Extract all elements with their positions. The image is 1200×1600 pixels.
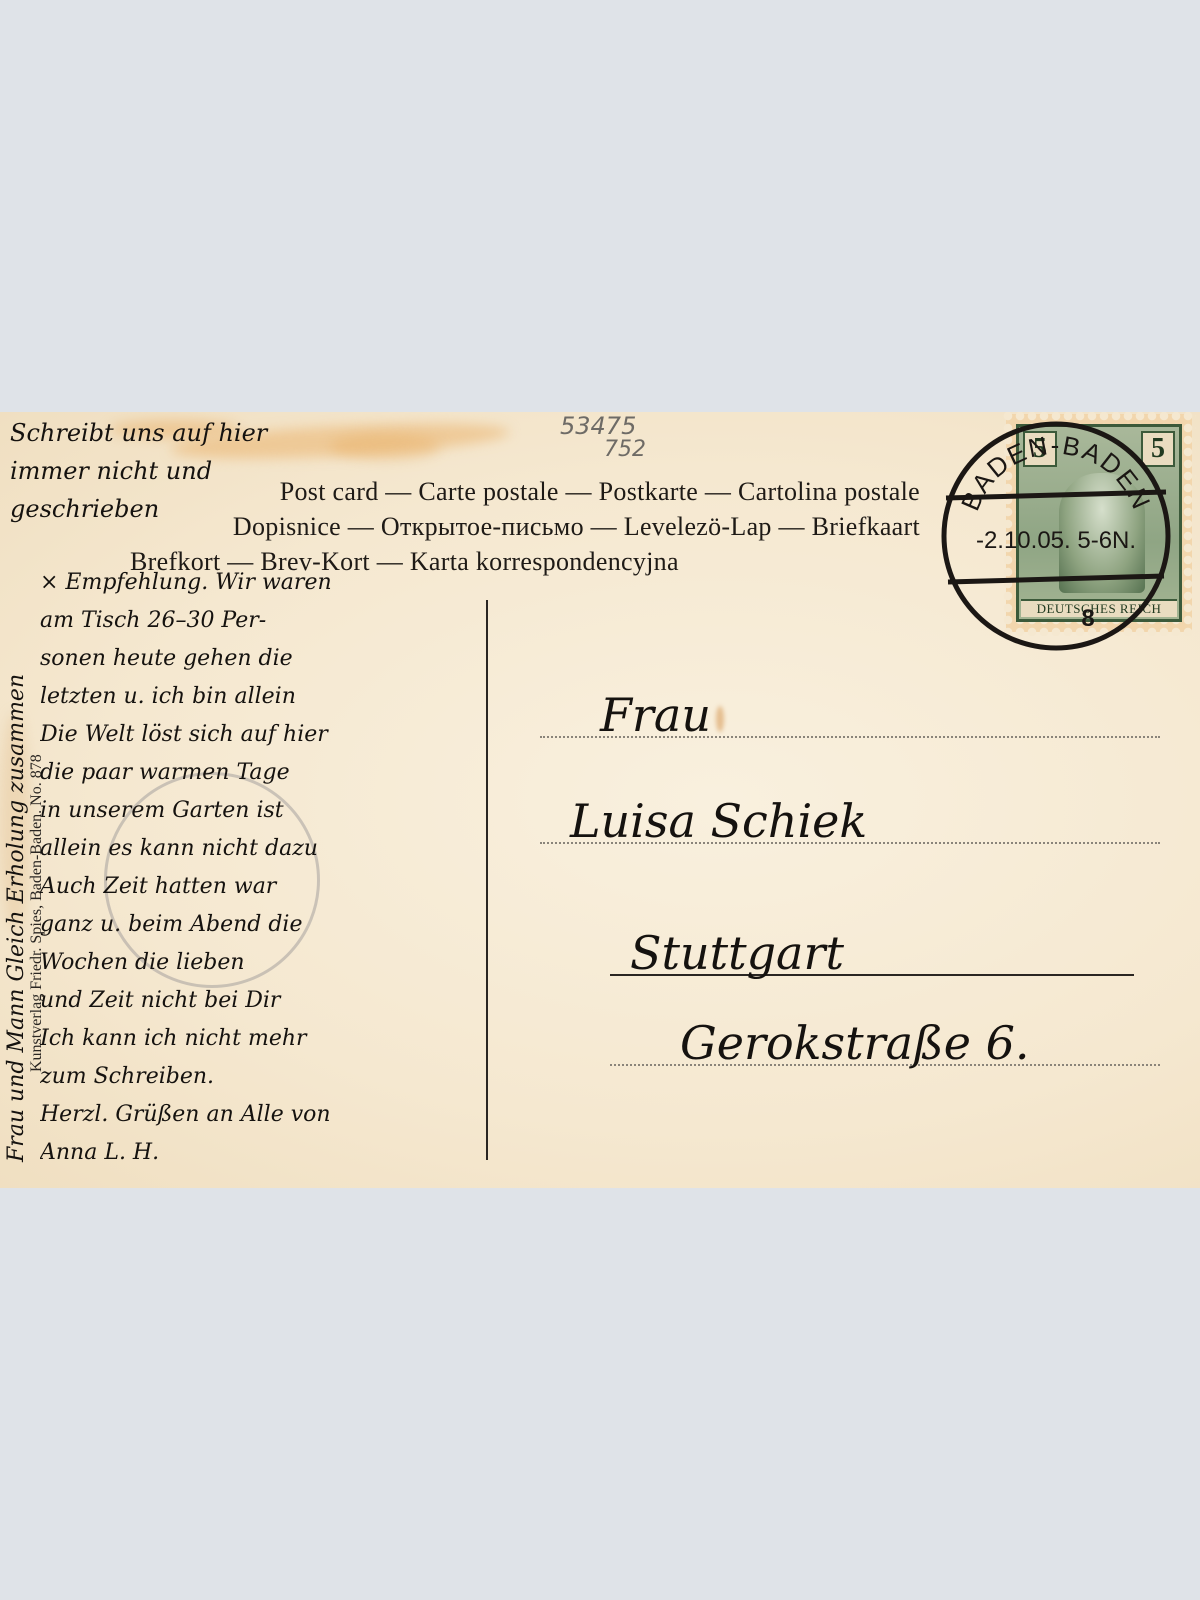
archive-number-secondary: 752 xyxy=(560,438,646,462)
svg-text:BADEN-BADEN: BADEN-BADEN xyxy=(955,430,1157,515)
message-line: Auch Zeit hatten war xyxy=(40,868,490,906)
message-line: ganz u. beim Abend die xyxy=(40,906,490,944)
message-line: Anna L. H. xyxy=(40,1134,490,1172)
archive-number: 53475 752 xyxy=(560,414,646,462)
message-line: Die Welt löst sich auf hier xyxy=(40,716,490,754)
salutation-text: Frau xyxy=(600,688,711,742)
message-line: letzten u. ich bin allein xyxy=(40,678,490,716)
message-line: zum Schreiben. xyxy=(40,1058,490,1096)
message-line: und Zeit nicht bei Dir xyxy=(40,982,490,1020)
message-line: sonen heute gehen die xyxy=(40,640,490,678)
postcard: 53475 752 Post card — Carte postale — Po… xyxy=(0,412,1200,1188)
recipient-address: Frau Luisa Schiek Stuttgart Gerokstraße … xyxy=(530,662,1170,1088)
message-line: in unserem Garten ist xyxy=(40,792,490,830)
address-name: Luisa Schiek xyxy=(530,760,1170,866)
svg-text:8: 8 xyxy=(1081,605,1094,632)
message-line: Schreibt uns auf hier xyxy=(10,414,430,452)
address-salutation: Frau xyxy=(530,662,1170,760)
message-line: geschrieben xyxy=(10,490,430,528)
message-body: × Empfehlung. Wir waren am Tisch 26–30 P… xyxy=(40,564,490,1172)
message-line: immer nicht und xyxy=(10,452,430,490)
message-line: Ich kann ich nicht mehr xyxy=(40,1020,490,1058)
message-line: allein es kann nicht dazu xyxy=(40,830,490,868)
street-text: Gerokstraße 6. xyxy=(680,1016,1030,1070)
city-text: Stuttgart xyxy=(630,926,844,980)
margin-note: Frau und Mann Gleich Erholung zusammen xyxy=(4,602,29,1162)
postmark-circle-icon: BADEN-BADEN -2.10.05. 5-6N. 8 xyxy=(938,418,1174,654)
postmark: BADEN-BADEN -2.10.05. 5-6N. 8 xyxy=(938,418,1174,654)
address-city: Stuttgart xyxy=(530,866,1170,998)
message-top: Schreibt uns auf hier immer nicht und ge… xyxy=(10,414,430,528)
message-line: Wochen die lieben xyxy=(40,944,490,982)
message-line: × Empfehlung. Wir waren xyxy=(40,564,490,602)
message-line: die paar warmen Tage xyxy=(40,754,490,792)
message-line: Herzl. Grüßen an Alle von xyxy=(40,1096,490,1134)
message-line: am Tisch 26–30 Per- xyxy=(40,602,490,640)
svg-text:-2.10.05. 5-6N.: -2.10.05. 5-6N. xyxy=(976,527,1136,554)
archive-number-primary: 53475 xyxy=(560,412,636,440)
recipient-name: Luisa Schiek xyxy=(570,794,867,848)
address-street: Gerokstraße 6. xyxy=(530,998,1170,1088)
